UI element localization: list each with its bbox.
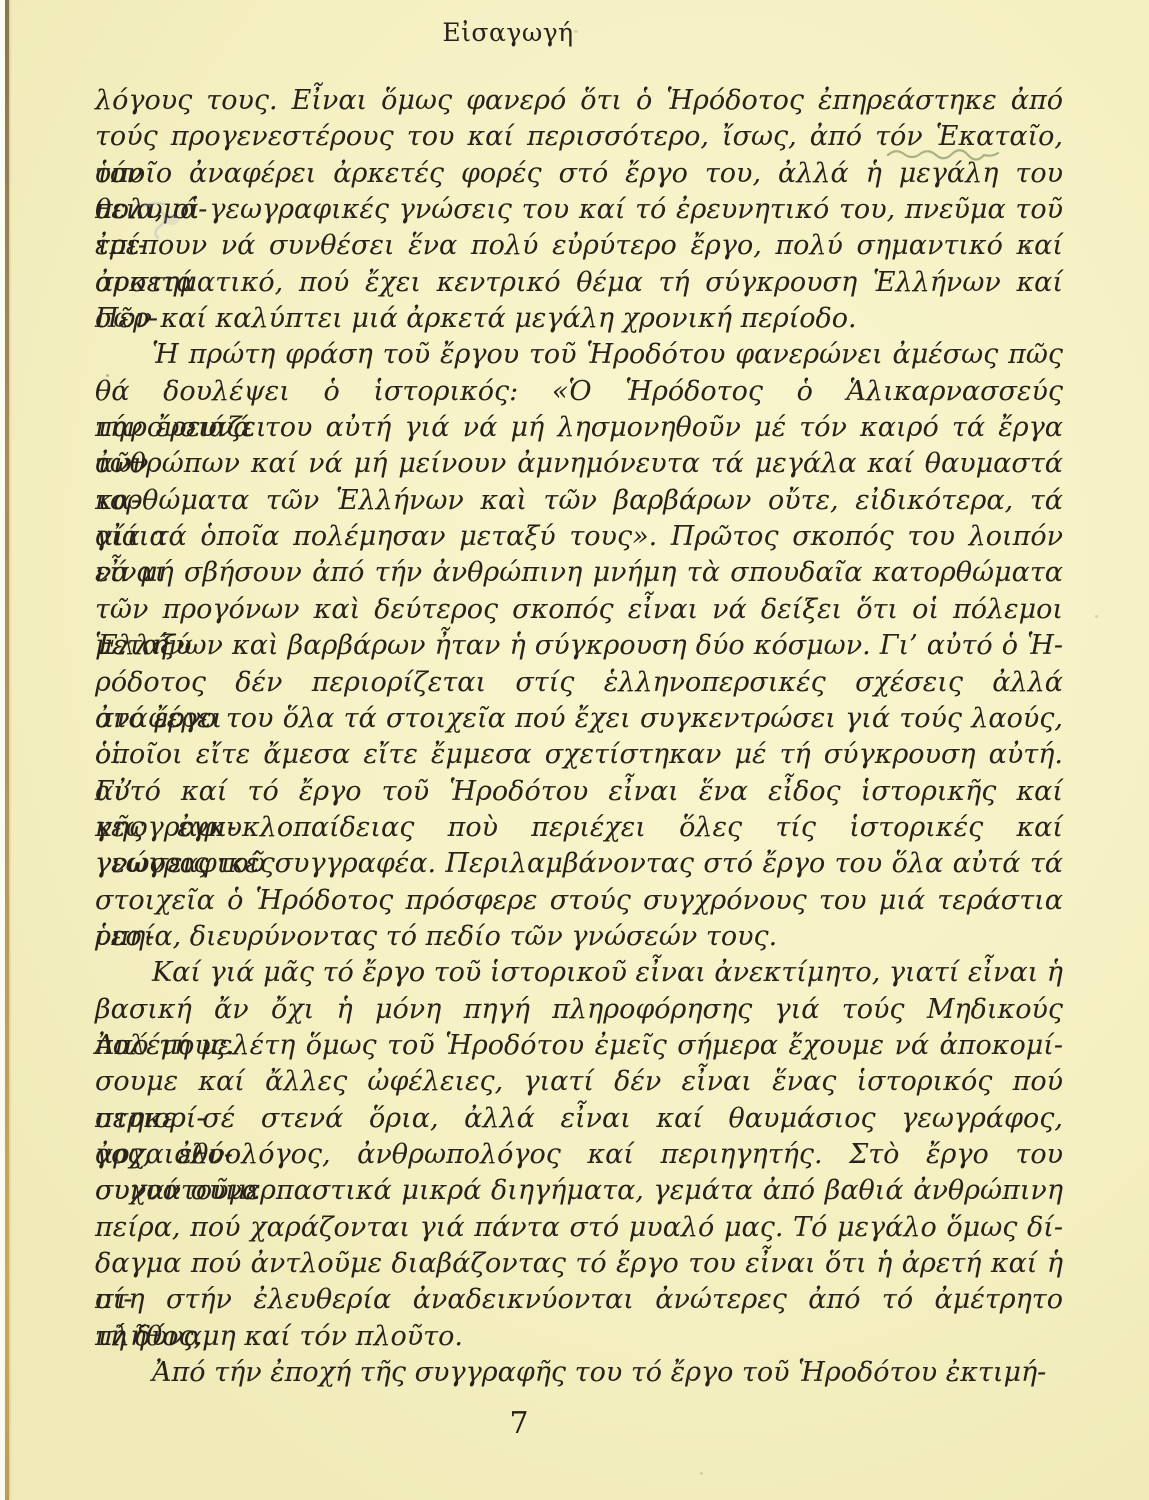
text-line: πείρα, πού χαράζονται γιά πάντα στό μυαλ… (95, 1210, 1063, 1246)
text-line: γνώσεις τοῦ συγγραφέα. Περιλαμβάνοντας σ… (95, 846, 1063, 882)
text-line: γιά τά ὁποῖα πολέμησαν μεταξύ τους». Πρῶ… (95, 519, 1063, 555)
text-line: δαγμα πού ἀντλοῦμε διαβάζοντας τό ἔργο τ… (95, 1246, 1063, 1282)
text-line: κῆς ἐγκυκλοπαίδειας ποὺ περιέχει ὅλες τί… (95, 810, 1063, 846)
text-line: νά μή σβήσουν ἀπό τήν ἀνθρώπινη μνήμη τὰ… (95, 555, 1063, 591)
stray-ink-dot (1025, 246, 1030, 251)
scan-edge-line (5, 0, 9, 1500)
text-line: αὐτό καί τό ἔργο τοῦ Ἡροδότου εἶναι ἕνα … (95, 774, 1063, 810)
text-line: Ἀπό τή μελέτη ὅμως τοῦ Ἡροδότου ἐμεῖς σή… (95, 1028, 1063, 1064)
text-line: Ἀπό τήν ἐποχή τῆς συγγραφῆς του τό ἔργο … (95, 1355, 1063, 1391)
text-line: ρόδοτος δέν περιορίζεται στίς ἑλληνοπερσ… (95, 665, 1063, 701)
text-line: Καί γιά μᾶς τό ἔργο τοῦ ἱστορικοῦ εἶναι … (95, 955, 1063, 991)
text-line: στη στήν ἐλευθερία ἀναδεικνύονται ἀνώτερ… (95, 1282, 1063, 1318)
text-line: συχνά συναρπαστικά μικρά διηγήματα, γεμά… (95, 1173, 1063, 1209)
text-line: θεια, οἱ γεωγραφικές γνώσεις του καί τό … (95, 192, 1063, 228)
text-line: στηκε σέ στενά ὅρια, ἀλλά εἶναι καί θαυμ… (95, 1101, 1063, 1137)
text-line: συστηματικό, πού ἔχει κεντρικό θέμα τή σ… (95, 265, 1063, 301)
paper-speck (1095, 615, 1098, 618)
text-line: Ἑλλήνων καὶ βαρβάρων ἦταν ἡ σύγκρουση δύ… (95, 628, 1063, 664)
paper-speck (106, 374, 109, 377)
text-line: στό ἔργο του ὅλα τά στοιχεῖα πού ἔχει συ… (95, 701, 1063, 737)
text-line: Ἡ πρώτη φράση τοῦ ἔργου τοῦ Ἡροδότου φαν… (95, 337, 1063, 373)
text-line: ἀνθρώπων καί νά μή μείνουν ἀμνημόνευτα τ… (95, 446, 1063, 482)
text-line: τορθώματα τῶν Ἑλλήνων καὶ τῶν βαρβάρων ο… (95, 483, 1063, 519)
text-line: γος, ἐθνολόγος, ἀνθρωπολόγος καί περιηγη… (95, 1137, 1063, 1173)
page-background: Εἰσαγωγή λόγους τους. Εἶναι ὅμως φανερό … (0, 0, 1149, 1500)
text-line: τῶν προγόνων καὶ δεύτερος σκοπός εἶναι ν… (95, 592, 1063, 628)
text-line: στοιχεῖα ὁ Ἡρόδοτος πρόσφερε στούς συγχρ… (95, 883, 1063, 919)
text-line: θά δουλέψει ὁ ἱστορικός: «Ὁ Ἡρόδοτος ὁ Ἁ… (95, 374, 1063, 410)
text-line: σουμε καί ἄλλες ὠφέλειες, γιατί δέν εἶνα… (95, 1064, 1063, 1100)
text-line: ὁποῖοι εἴτε ἄμεσα εἴτε ἔμμεσα σχετίστηκα… (95, 737, 1063, 773)
text-line: ὁποῖο ἀναφέρει ἀρκετές φορές στό ἔργο το… (95, 156, 1063, 192)
text-line: τρέπουν νά συνθέσει ἕνα πολύ εὐρύτερο ἔρ… (95, 228, 1063, 264)
text-line: ρεσία, διευρύνοντας τό πεδίο τῶν γνώσεών… (95, 919, 1063, 955)
text-line: λόγους τους. Εἶναι ὅμως φανερό ὅτι ὁ Ἡρό… (95, 83, 1063, 119)
page-number: 7 (0, 1406, 1038, 1441)
page-header: Εἰσαγωγή (0, 18, 1016, 47)
text-line: σῶν καί καλύπτει μιά ἀρκετά μεγάλη χρονι… (95, 301, 1063, 337)
paper-speck (700, 1472, 703, 1475)
page-body: λόγους τους. Εἶναι ὅμως φανερό ὅτι ὁ Ἡρό… (95, 83, 1063, 1391)
paper-speck (574, 30, 578, 33)
text-line: τή δύναμη καί τόν πλοῦτο. (95, 1319, 1063, 1355)
text-line: τήν ἔρευνά του αὐτή γιά νά μή λησμονηθοῦ… (95, 410, 1063, 446)
text-line: βασική ἄν ὄχι ἡ μόνη πηγή πληροφόρησης γ… (95, 992, 1063, 1028)
text-line: τούς προγενεστέρους του καί περισσότερο,… (95, 119, 1063, 155)
